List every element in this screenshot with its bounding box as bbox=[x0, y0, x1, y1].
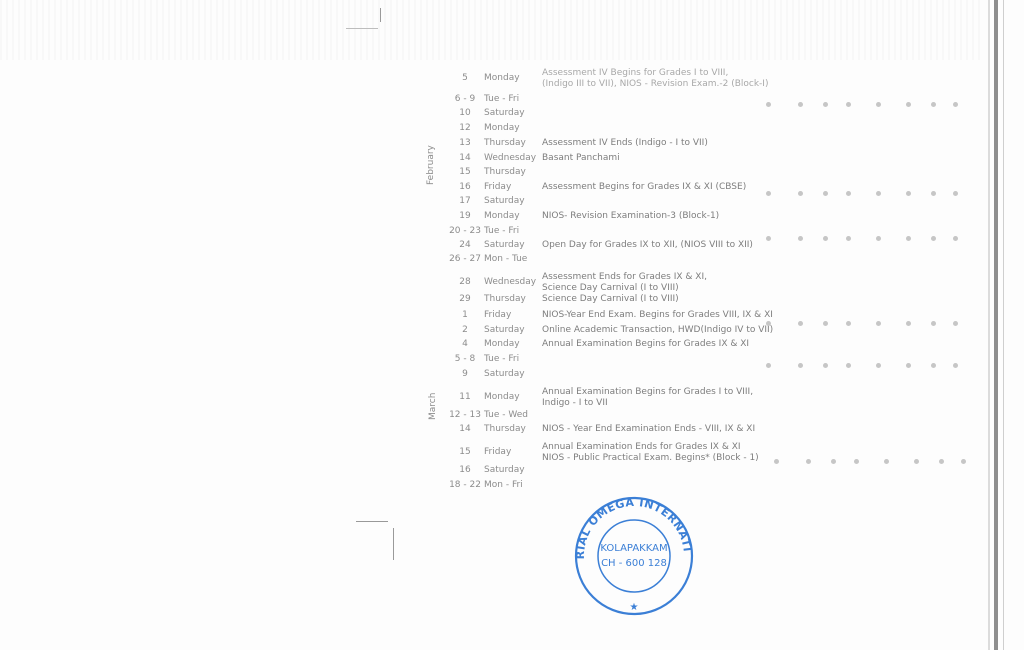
dot-mark bbox=[823, 363, 828, 368]
school-stamp: LALAJI MEMORIAL OMEGA INTERNATIONAL SCHO… bbox=[566, 492, 702, 618]
calendar-day: Saturday bbox=[484, 240, 525, 251]
calendar-date: 14 bbox=[440, 424, 490, 435]
dot-mark bbox=[823, 236, 828, 241]
calendar-day: Thursday bbox=[484, 294, 526, 305]
dot-mark bbox=[906, 363, 911, 368]
calendar-event: Assessment Begins for Grades IX & XI (CB… bbox=[542, 182, 746, 193]
calendar-day: Saturday bbox=[484, 108, 525, 119]
calendar-day: Saturday bbox=[484, 196, 525, 207]
calendar-event: Assessment Ends for Grades IX & XI,Scien… bbox=[542, 272, 707, 294]
calendar-day: Monday bbox=[484, 123, 520, 134]
calendar-day: Saturday bbox=[484, 465, 525, 476]
calendar-day: Saturday bbox=[484, 369, 525, 380]
calendar-date: 5 bbox=[440, 73, 490, 84]
calendar-event: Annual Examination Begins for Grades IX … bbox=[542, 339, 749, 350]
dot-mark bbox=[806, 459, 811, 464]
dot-mark bbox=[798, 236, 803, 241]
dot-mark bbox=[931, 321, 936, 326]
scan-noise-header bbox=[0, 0, 980, 60]
calendar-date: 28 bbox=[440, 277, 490, 288]
dot-mark bbox=[823, 102, 828, 107]
dot-mark bbox=[939, 459, 944, 464]
calendar-day: Friday bbox=[484, 447, 511, 458]
dot-mark bbox=[854, 459, 859, 464]
calendar-day: Wednesday bbox=[484, 277, 536, 288]
dot-mark bbox=[953, 363, 958, 368]
scan-mark bbox=[356, 521, 388, 522]
page-edge-shadow bbox=[994, 0, 998, 650]
calendar-date: 24 bbox=[440, 240, 490, 251]
dot-mark bbox=[906, 102, 911, 107]
calendar-event: NIOS-Year End Exam. Begins for Grades VI… bbox=[542, 310, 773, 321]
stamp-seal-icon: LALAJI MEMORIAL OMEGA INTERNATIONAL SCHO… bbox=[566, 492, 702, 618]
calendar-date: 12 bbox=[440, 123, 490, 134]
calendar-event: Assessment IV Begins for Grades I to VII… bbox=[542, 68, 768, 90]
calendar-day: Mon - Tue bbox=[484, 254, 527, 265]
calendar-day: Thursday bbox=[484, 167, 526, 178]
calendar-date: 16 bbox=[440, 465, 490, 476]
calendar-date: 13 bbox=[440, 138, 490, 149]
dot-mark bbox=[798, 102, 803, 107]
page-edge-line bbox=[1003, 0, 1004, 650]
calendar-day: Tue - Wed bbox=[484, 410, 528, 421]
calendar-day: Monday bbox=[484, 339, 520, 350]
calendar-date: 5 - 8 bbox=[440, 354, 490, 365]
calendar-day: Thursday bbox=[484, 424, 526, 435]
dot-mark bbox=[876, 102, 881, 107]
calendar-event: NIOS- Revision Examination-3 (Block-1) bbox=[542, 211, 719, 222]
dot-mark bbox=[823, 321, 828, 326]
page-edge bbox=[988, 0, 990, 650]
calendar-date: 29 bbox=[440, 294, 490, 305]
dot-mark bbox=[846, 321, 851, 326]
dot-mark bbox=[931, 191, 936, 196]
dot-mark bbox=[823, 191, 828, 196]
dot-mark bbox=[953, 102, 958, 107]
dot-mark bbox=[931, 236, 936, 241]
calendar-day: Tue - Fri bbox=[484, 94, 519, 105]
dot-mark bbox=[876, 236, 881, 241]
calendar-date: 20 - 23 bbox=[440, 226, 490, 237]
calendar-date: 15 bbox=[440, 447, 490, 458]
calendar-day: Wednesday bbox=[484, 153, 536, 164]
dot-mark bbox=[906, 236, 911, 241]
dot-mark bbox=[953, 321, 958, 326]
calendar-event: Science Day Carnival (I to VIII) bbox=[542, 294, 679, 305]
calendar-date: 11 bbox=[440, 392, 490, 403]
dot-mark bbox=[798, 321, 803, 326]
scan-mark bbox=[380, 8, 381, 22]
dot-mark bbox=[884, 459, 889, 464]
dot-mark bbox=[846, 236, 851, 241]
dot-mark bbox=[876, 321, 881, 326]
dot-mark bbox=[931, 102, 936, 107]
dot-mark bbox=[774, 459, 779, 464]
calendar-day: Monday bbox=[484, 392, 520, 403]
calendar-date: 16 bbox=[440, 182, 490, 193]
calendar-date: 12 - 13 bbox=[440, 410, 490, 421]
calendar-day: Friday bbox=[484, 310, 511, 321]
calendar-date: 19 bbox=[440, 211, 490, 222]
dot-mark bbox=[953, 191, 958, 196]
calendar-date: 18 - 22 bbox=[440, 480, 490, 491]
scan-mark bbox=[346, 28, 378, 29]
dot-mark bbox=[766, 102, 771, 107]
calendar-date: 6 - 9 bbox=[440, 94, 490, 105]
dot-mark bbox=[766, 191, 771, 196]
calendar-day: Saturday bbox=[484, 325, 525, 336]
calendar-event: Annual Examination Ends for Grades IX & … bbox=[542, 442, 759, 464]
dot-mark bbox=[846, 191, 851, 196]
dot-mark bbox=[766, 321, 771, 326]
calendar-event: Annual Examination Begins for Grades I t… bbox=[542, 387, 753, 409]
dot-mark bbox=[846, 102, 851, 107]
calendar-date: 1 bbox=[440, 310, 490, 321]
calendar-event: Basant Panchami bbox=[542, 153, 620, 164]
dot-mark bbox=[876, 191, 881, 196]
star-icon: ★ bbox=[630, 602, 639, 613]
calendar-day: Thursday bbox=[484, 138, 526, 149]
dot-mark bbox=[766, 236, 771, 241]
calendar-date: 9 bbox=[440, 369, 490, 380]
calendar-day: Monday bbox=[484, 211, 520, 222]
dot-mark bbox=[831, 459, 836, 464]
dot-mark bbox=[798, 191, 803, 196]
dot-mark bbox=[961, 459, 966, 464]
stamp-line2: CH - 600 128 bbox=[601, 558, 667, 569]
calendar-event: Assessment IV Ends (Indigo - I to VII) bbox=[542, 138, 708, 149]
calendar-day: Monday bbox=[484, 73, 520, 84]
calendar-date: 10 bbox=[440, 108, 490, 119]
calendar-event: NIOS - Year End Examination Ends - VIII,… bbox=[542, 424, 755, 435]
calendar-day: Friday bbox=[484, 182, 511, 193]
dot-mark bbox=[931, 363, 936, 368]
month-label: March bbox=[428, 393, 438, 420]
calendar-day: Mon - Fri bbox=[484, 480, 523, 491]
dot-mark bbox=[906, 191, 911, 196]
dot-mark bbox=[906, 321, 911, 326]
calendar-date: 15 bbox=[440, 167, 490, 178]
month-label: February bbox=[426, 145, 436, 185]
calendar-date: 2 bbox=[440, 325, 490, 336]
dot-mark bbox=[876, 363, 881, 368]
calendar-day: Tue - Fri bbox=[484, 226, 519, 237]
dot-mark bbox=[953, 236, 958, 241]
dot-mark bbox=[914, 459, 919, 464]
calendar-date: 26 - 27 bbox=[440, 254, 490, 265]
calendar-event: Online Academic Transaction, HWD(Indigo … bbox=[542, 325, 773, 336]
dot-mark bbox=[798, 363, 803, 368]
calendar-day: Tue - Fri bbox=[484, 354, 519, 365]
calendar-date: 14 bbox=[440, 153, 490, 164]
calendar-event: Open Day for Grades IX to XII, (NIOS VII… bbox=[542, 240, 753, 251]
calendar-date: 4 bbox=[440, 339, 490, 350]
stamp-line1: KOLAPAKKAM bbox=[600, 543, 667, 554]
dot-mark bbox=[846, 363, 851, 368]
calendar-date: 17 bbox=[440, 196, 490, 207]
dot-mark bbox=[766, 363, 771, 368]
scan-mark bbox=[393, 528, 394, 560]
